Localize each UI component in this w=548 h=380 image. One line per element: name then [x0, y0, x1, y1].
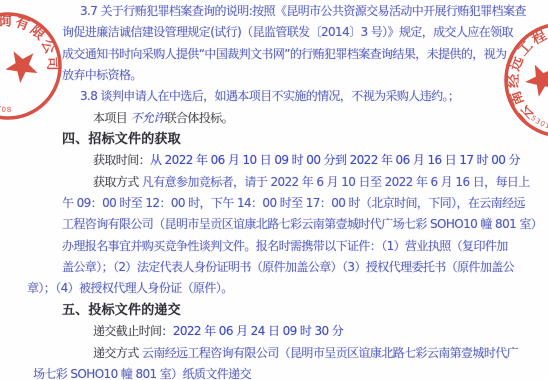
doc-line: 递交截止时间：2022 年 06 月 24 日 09 时 30 分: [0, 321, 548, 342]
doc-line: 盖公章）；（2）法定代表人身份证明书（原件加盖公章）（3）授权代理委托书（原件加…: [0, 257, 548, 278]
text-segment: 递交方式: [93, 346, 142, 360]
doc-line: 获取时间：从 2022 年 06 月 10 日 09 时 00 分到 2022 …: [0, 150, 548, 171]
doc-line: 成交通知书时向采购人提供“中国裁判文书网”的行贿犯罪档案查询结果，未提供的，视为: [0, 44, 548, 65]
text-segment: 盖公章）；（2）法定代表人身份证明书（原件加盖公章）（3）授权代理委托书（原件加…: [62, 260, 514, 274]
doc-line: 章）；（4）被授权代理人身份证（原件）。: [0, 278, 548, 299]
doc-line: 本项目 不允许联合体投标。: [0, 108, 548, 129]
document-text-block: 3.7 关于行贿犯罪档案查询的说明:按照《昆明市公共资源交易活动中开展行贿犯罪档…: [0, 1, 548, 380]
doc-line: 3.7 关于行贿犯罪档案查询的说明:按照《昆明市公共资源交易活动中开展行贿犯罪档…: [0, 1, 548, 22]
text-segment: 递交截止时间：: [93, 324, 173, 338]
text-segment: 询促进廉洁诚信建设管理规定(试行)（昆监管联发〔2014〕3 号）》规定，成交人…: [62, 25, 513, 39]
text-segment: 凡有意参加竞标者，请于 2022 年 6 月 10 日至 2022 年 6 月 …: [142, 175, 530, 189]
doc-line: 场七彩 SOHO10 幢 801 室）纸质文件递交: [0, 364, 548, 380]
text-segment: 获取时间：: [93, 153, 150, 167]
text-segment: 工程咨询有限公司（昆明市呈贡区谊康北路七彩云南第壹城时代广场七彩 SOHO10 …: [62, 217, 542, 231]
text-segment: 场七彩 SOHO10 幢 801 室）纸质文件递交: [33, 367, 251, 380]
text-segment: 3.8 谈判申请人在中选后，如遇本项目不实施的情况，不视为采购人违约。；: [80, 89, 459, 103]
company-seal-right: 云南经远工程 530100: [492, 10, 548, 150]
seal-digits: 1718708: [0, 95, 12, 114]
text-segment: 3.7 关于行贿犯罪档案查询的说明:按照《昆明市公共资源交易活动中开展行贿犯罪档…: [80, 4, 526, 18]
star-icon: [0, 43, 43, 86]
doc-line: 工程咨询有限公司（昆明市呈贡区谊康北路七彩云南第壹城时代广场七彩 SOHO10 …: [0, 214, 548, 235]
text-segment: 成交通知书时向采购人提供“中国裁判文书网”的行贿犯罪档案查询结果，未提供的，视为: [62, 47, 506, 61]
section-heading: 四、招标文件的获取: [0, 129, 548, 150]
document-page: 3.7 关于行贿犯罪档案查询的说明:按照《昆明市公共资源交易活动中开展行贿犯罪档…: [0, 0, 548, 380]
text-segment: 联合体投标。: [165, 111, 233, 125]
text-segment: 获取方式: [93, 175, 142, 189]
text-segment: 五、投标文件的递交: [62, 303, 181, 318]
text-segment: 本项目: [93, 111, 130, 125]
text-segment: 四、招标文件的获取: [62, 132, 181, 147]
seal-arc-text: 咨询有限公司: [0, 12, 61, 73]
company-seal-left: 咨询有限公司 1718708: [0, 0, 78, 136]
text-segment: 2022 年 06 月 24 日 09 时 30 分: [173, 324, 343, 338]
text-segment: 办理报名事宜并购买竞争性谈判文件。报名时需携带以下证件：（1）营业执照（复印件加: [62, 239, 508, 253]
doc-line: 午 09：00 时至 12：00 时，下午 14：00 时至 17：00 时（北…: [0, 193, 548, 214]
doc-line: 放弃中标资格。: [0, 65, 548, 86]
doc-line: 办理报名事宜并购买竞争性谈判文件。报名时需携带以下证件：（1）营业执照（复印件加: [0, 236, 548, 257]
doc-line: 获取方式 凡有意参加竞标者，请于 2022 年 6 月 10 日至 2022 年…: [0, 172, 548, 193]
doc-line: 询促进廉洁诚信建设管理规定(试行)（昆监管联发〔2014〕3 号）》规定，成交人…: [0, 22, 548, 43]
text-segment: 午 09：00 时至 12：00 时，下午 14：00 时至 17：00 时（北…: [62, 196, 525, 210]
section-heading: 五、投标文件的递交: [0, 300, 548, 321]
text-segment: 从 2022 年 06 月 10 日 09 时 00 分到 2022 年 06 …: [150, 153, 520, 167]
doc-line: 3.8 谈判申请人在中选后，如遇本项目不实施的情况，不视为采购人违约。；: [0, 86, 548, 107]
text-segment: 云南经远工程咨询有限公司（昆明市呈贡区谊康北路七彩云南第壹城时代广: [142, 346, 518, 360]
doc-line: 递交方式 云南经远工程咨询有限公司（昆明市呈贡区谊康北路七彩云南第壹城时代广: [0, 343, 548, 364]
text-segment: 不允许: [130, 111, 164, 125]
text-segment: 章）；（4）被授权代理人身份证（原件）。: [27, 281, 233, 295]
